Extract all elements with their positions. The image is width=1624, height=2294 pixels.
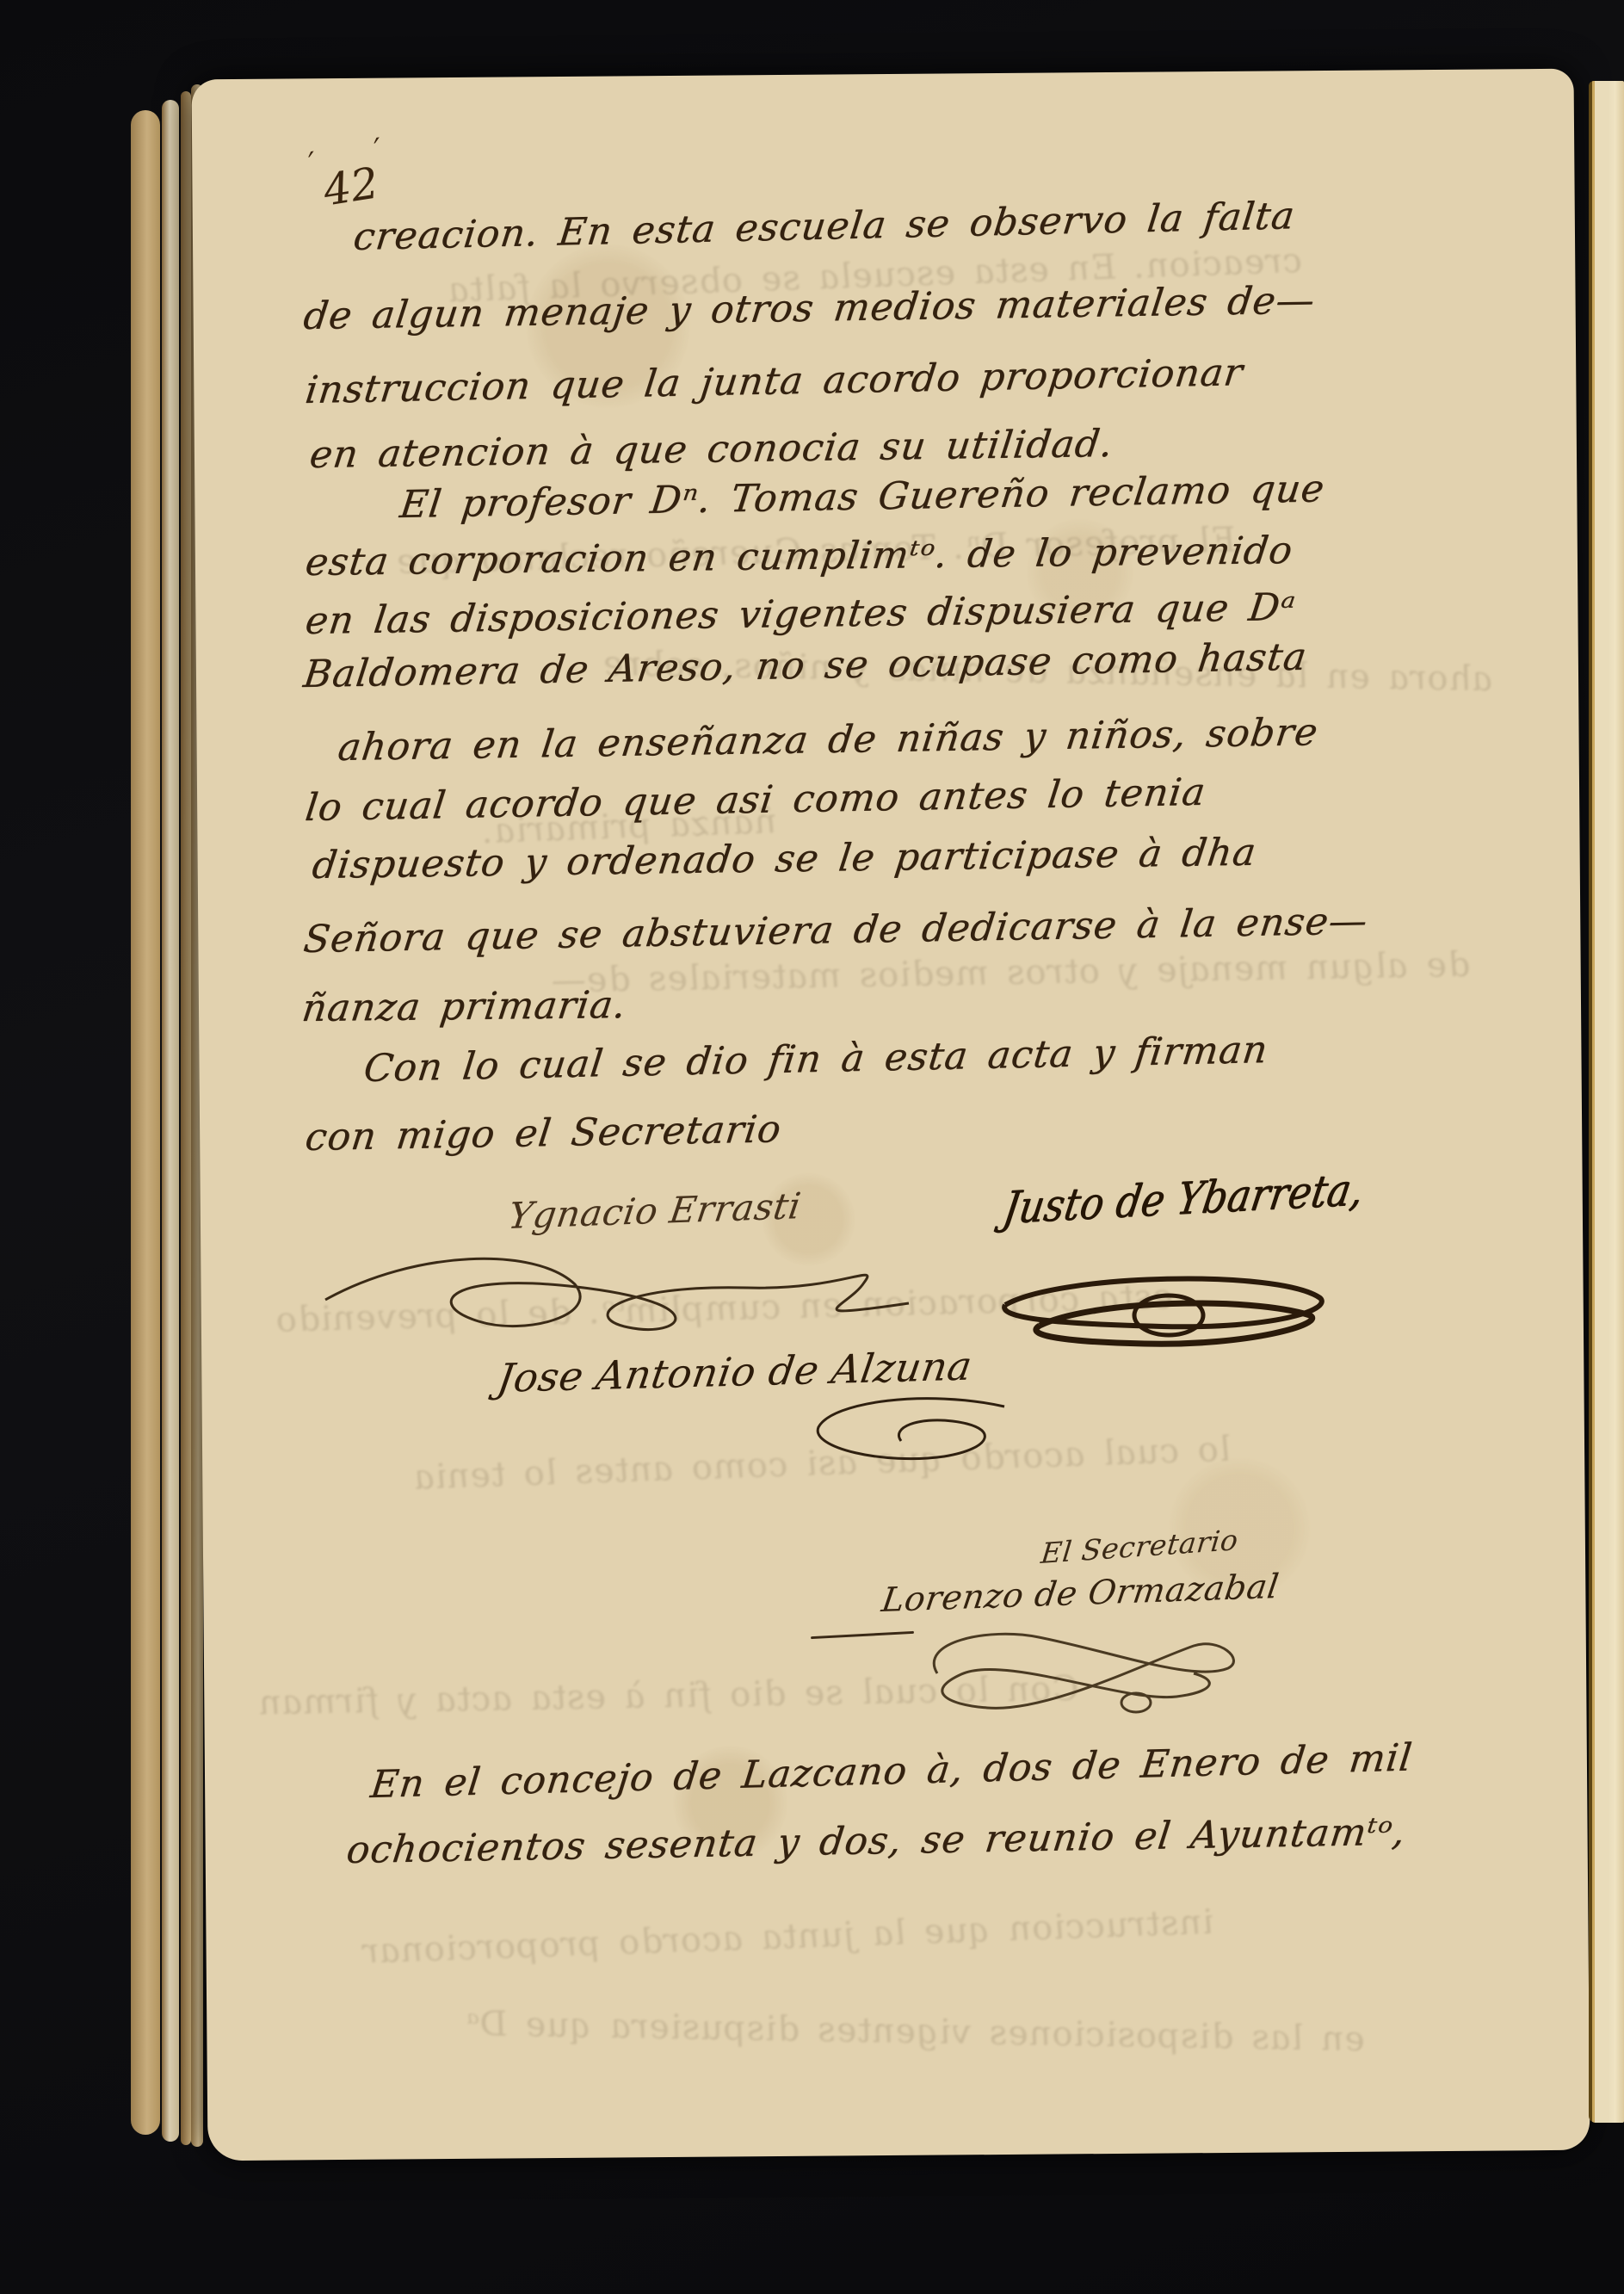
page-edge-stack xyxy=(162,100,179,2142)
signature-rubric xyxy=(908,1620,1252,1732)
page-number: 42 xyxy=(320,161,381,212)
facing-page-edge xyxy=(1589,81,1624,2123)
signature-rubric-bold xyxy=(990,1264,1343,1358)
page-edge-stack xyxy=(181,91,191,2145)
signature-ygnacio-errasti: Ygnacio Errasti xyxy=(506,1188,803,1234)
manuscript-scan: creacion. En esta escuela se observo la … xyxy=(0,0,1624,2294)
signature-rubric xyxy=(805,1388,1011,1469)
signature-rubric xyxy=(320,1238,914,1350)
manuscript-line: ñanza primaria. xyxy=(299,985,629,1030)
page-edge-stack xyxy=(131,110,160,2135)
manuscript-line: con migo el Secretario xyxy=(303,1109,784,1159)
